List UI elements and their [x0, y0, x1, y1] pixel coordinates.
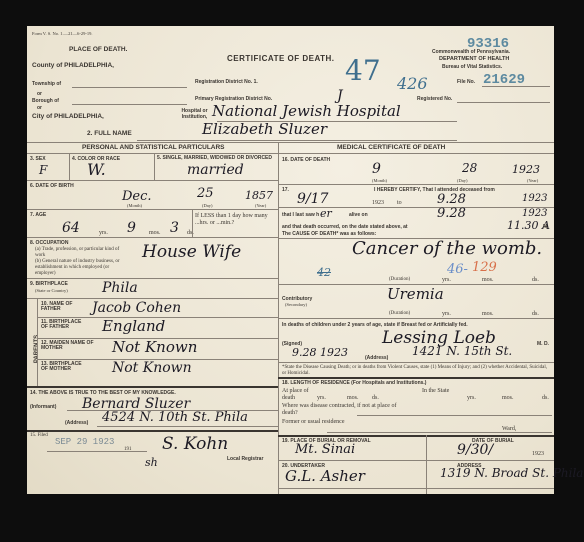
filed-stamp: SEP 29 1923 [55, 437, 114, 447]
physician-address: 1421 N. 15th St. [412, 344, 512, 358]
marital-value: married [187, 162, 244, 178]
sex-value: F [39, 163, 47, 177]
registration-district: Registration District No. 1. [195, 79, 258, 85]
death-month: 9 [372, 161, 381, 177]
registered-no-label: Registered No. [417, 96, 452, 102]
cause-code-blue: 46- [447, 262, 468, 277]
dob-month: Dec. [122, 189, 152, 204]
father-name-value: Jacob Cohen [92, 300, 181, 316]
burial-date-value: 9/30/ [457, 442, 493, 458]
county-label: County of PHILADELPHIA, [32, 62, 114, 69]
birthplace-value: Phila [102, 280, 138, 296]
last-saw-value: er [320, 207, 332, 220]
death-certificate: Form V. S. No. 1.—21—6-29-19. PLACE OF D… [27, 26, 554, 494]
occupation-value: House Wife [142, 242, 241, 262]
medical-section-title: MEDICAL CERTIFICATE OF DEATH [337, 144, 445, 151]
dob-day: 25 [197, 186, 214, 201]
father-birthplace-value: England [102, 317, 165, 335]
hospital-value: National Jewish Hospital [212, 102, 401, 120]
full-name-value: Elizabeth Sluzer [202, 120, 327, 138]
cause-code-strike: 42 [317, 266, 331, 279]
commonwealth-label: Commonwealth of Pennsylvania. [432, 49, 510, 55]
township-label: Township of [32, 81, 61, 87]
mother-birthplace-value: Not Known [112, 360, 192, 376]
registrar-initials: sh [145, 456, 158, 469]
burial-place-value: Mt. Sinai [295, 442, 355, 457]
informant-address: 4524 N. 10th St. Phila [102, 410, 248, 425]
contributory-value: Uremia [387, 285, 444, 303]
attended-from: 9/17 [297, 191, 328, 207]
undertaker-value: G.L. Asher [285, 467, 365, 485]
signed-date: 9.28 1923 [292, 346, 348, 359]
mother-maiden-value: Not Known [112, 338, 197, 356]
residence-label: 18. LENGTH OF RESIDENCE (For Hospitals a… [282, 380, 426, 386]
death-day: 28 [462, 161, 477, 175]
personal-section-title: PERSONAL AND STATISTICAL PARTICULARS [82, 144, 225, 151]
registrar-signature: S. Kohn [162, 434, 228, 454]
full-name-label: 2. FULL NAME [87, 130, 132, 137]
handwritten-47: 47 [345, 54, 381, 87]
dob-year: 1857 [245, 189, 273, 202]
cause-of-death: Cancer of the womb. [352, 238, 542, 259]
certify-text: I HEREBY CERTIFY, That I attended deceas… [374, 187, 495, 193]
footnote: *State the Disease Causing Death; or in … [282, 365, 552, 377]
age-years: 64 [62, 220, 80, 236]
if-less-label: If LESS than 1 day how many ...hrs. or .… [195, 213, 275, 227]
hospital-label: Hospital or Institution, [172, 108, 217, 120]
certificate-title: CERTIFICATE OF DEATH. [227, 54, 335, 63]
alive-on-value: 9.28 [437, 206, 466, 221]
bureau-label: Bureau of Vital Statistics. [442, 64, 502, 70]
department-label: DEPARTMENT OF HEALTH [439, 56, 509, 62]
form-id: Form V. S. No. 1.—21—6-29-19. [32, 31, 92, 36]
place-of-death-label: PLACE OF DEATH. [69, 46, 127, 53]
cause-code-red: 129 [472, 260, 497, 275]
death-year: 1923 [512, 163, 540, 176]
age-days: 3 [170, 220, 179, 236]
borough-label: Borough of [32, 98, 59, 104]
age-months: 9 [127, 220, 136, 236]
attended-to: 9.28 [437, 192, 466, 207]
handwritten-426: 426 [397, 74, 428, 93]
city-label: City of PHILADELPHIA, [32, 113, 104, 120]
undertaker-address-value: 1319 N. Broad St. Phila [440, 466, 583, 480]
color-value: W. [87, 160, 106, 179]
file-no-label: File No. [457, 79, 475, 85]
local-registrar-label: Local Registrar [227, 456, 263, 462]
